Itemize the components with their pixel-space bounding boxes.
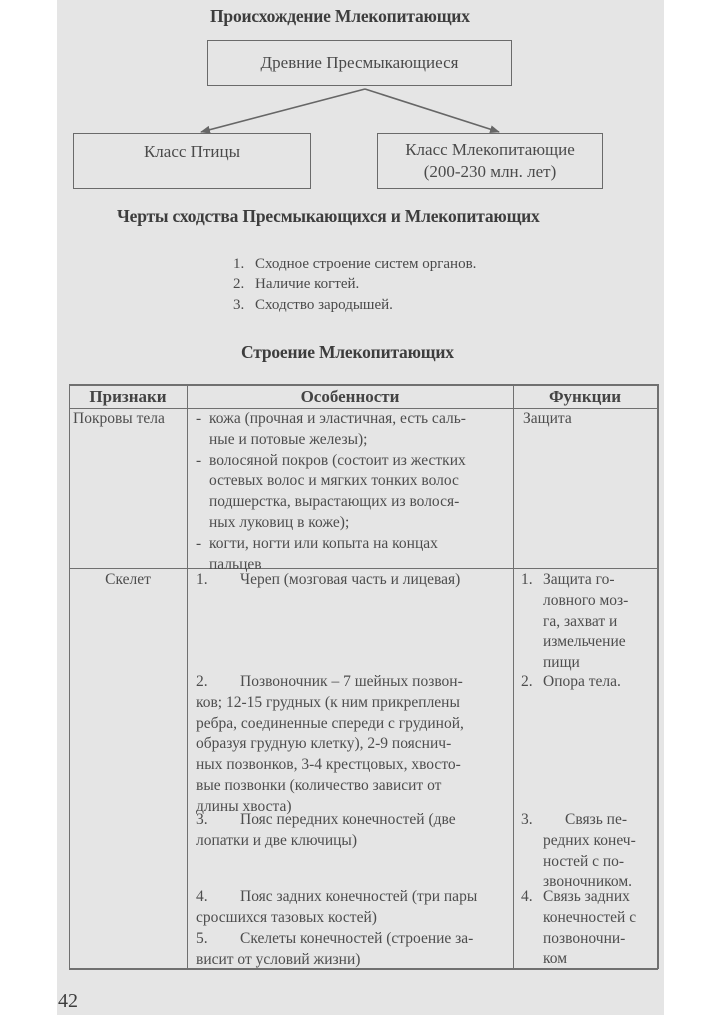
item-number: 5.: [196, 929, 240, 950]
node-class-mammals-label: Класс Млекопитающие (200-230 млн. лет): [405, 139, 575, 183]
details-cell: - кожа (прочная и эластичная, есть саль-…: [196, 409, 466, 575]
item-number: 1.: [196, 570, 240, 591]
details-line: - кожа (прочная и эластичная, есть саль-: [196, 409, 466, 430]
node-class-birds-label: Класс Птицы: [144, 141, 240, 163]
details-line: сросшихся тазовых костей): [196, 908, 477, 929]
arrow-to-birds: [201, 89, 365, 132]
function-line: 2.Опора тела.: [521, 672, 621, 693]
details-line: 1.Череп (мозговая часть и лицевая): [196, 570, 460, 591]
header-details: Особенности: [187, 386, 513, 408]
details-line: ребра, соединенные спереди с грудиной,: [196, 714, 464, 735]
item-number: 4.: [196, 887, 240, 908]
header-functions: Функции: [513, 386, 657, 408]
feature-cell: Скелет: [69, 570, 187, 591]
details-line: ных луковиц в коже);: [196, 513, 466, 534]
structure-title: Строение Млекопитающих: [241, 342, 454, 363]
details-item: 3.Пояс передних конечностей (двелопатки …: [196, 810, 456, 852]
function-cell: Защита: [523, 409, 572, 430]
node-class-birds: Класс Птицы: [73, 133, 311, 189]
details-line: 5.Скелеты конечностей (строение за-: [196, 929, 473, 950]
details-line: ных позвонков, 3-4 крестцовых, хвосто-: [196, 755, 464, 776]
details-line: вые позвонки (количество зависит от: [196, 776, 464, 797]
function-line: измельчение: [521, 632, 628, 653]
item-number: 3.: [521, 810, 565, 831]
function-line: 3.Связь пе-: [521, 810, 636, 831]
function-item: 3.Связь пе-редних конеч-ностей с по-звон…: [521, 810, 636, 893]
function-line: конечностей с: [521, 908, 636, 929]
details-line: - волосяной покров (состоит из жестких: [196, 451, 466, 472]
item-number: 2.: [233, 275, 255, 295]
details-line: подшерстка, вырастающих из волося-: [196, 492, 466, 513]
item-number: 1.: [233, 255, 255, 275]
item-number: 1.: [521, 570, 543, 591]
details-line: 3.Пояс передних конечностей (две: [196, 810, 456, 831]
function-item: 1.Защита го-ловного моз-га, захват иизме…: [521, 570, 628, 674]
function-line: 4.Связь задних: [521, 887, 636, 908]
details-line: 2.Позвоночник – 7 шейных позвон-: [196, 672, 464, 693]
details-item: 4.Пояс задних конечностей (три парысросш…: [196, 887, 477, 929]
table-border-right: [657, 384, 659, 969]
item-number: 2.: [521, 672, 543, 693]
details-line: образуя грудную клетку), 2-9 пояснич-: [196, 734, 464, 755]
item-number: 2.: [196, 672, 240, 693]
similarity-list: 1.Сходное строение систем органов. 2.Нал…: [233, 255, 476, 316]
details-item: 5.Скелеты конечностей (строение за-висит…: [196, 929, 473, 971]
function-line: пищи: [521, 653, 628, 674]
item-text: Наличие когтей.: [255, 276, 359, 292]
table-col-rule-2: [513, 384, 514, 969]
item-text: Сходство зародышей.: [255, 297, 393, 313]
function-item: 2.Опора тела.: [521, 672, 621, 693]
function-line: га, захват и: [521, 612, 628, 633]
details-line: остевых волос и мягких тонких волос: [196, 471, 466, 492]
function-line: ком: [521, 949, 636, 970]
table-col-rule-1: [187, 384, 188, 969]
details-line: ные и потовые железы);: [196, 430, 466, 451]
details-line: 4.Пояс задних конечностей (три пары: [196, 887, 477, 908]
item-text: Сходное строение систем органов.: [255, 256, 476, 272]
details-line: ков; 12-15 грудных (к ним прикреплены: [196, 693, 464, 714]
similarity-title: Черты сходства Пресмыкающихся и Млекопит…: [117, 206, 540, 227]
similarity-item: 3.Сходство зародышей.: [233, 296, 476, 316]
similarity-item: 2.Наличие когтей.: [233, 275, 476, 295]
header-features: Признаки: [69, 386, 187, 408]
node-class-mammals: Класс Млекопитающие (200-230 млн. лет): [377, 133, 603, 189]
table-border-left: [69, 384, 70, 969]
details-line: лопатки и две ключицы): [196, 831, 456, 852]
details-item: 2.Позвоночник – 7 шейных позвон-ков; 12-…: [196, 672, 464, 818]
item-number: 3.: [196, 810, 240, 831]
details-line: висит от условий жизни): [196, 950, 473, 971]
page-number: 42: [58, 990, 78, 1013]
feature-cell: Покровы тела: [73, 409, 165, 430]
details-item: 1.Череп (мозговая часть и лицевая): [196, 570, 460, 591]
function-line: редних конеч-: [521, 831, 636, 852]
details-line: - когти, ногти или копыта на концах: [196, 534, 466, 555]
arrow-to-mammals: [365, 89, 499, 132]
function-line: позвоночни-: [521, 929, 636, 950]
item-number: 3.: [233, 296, 255, 316]
function-line: ловного моз-: [521, 591, 628, 612]
function-line: 1.Защита го-: [521, 570, 628, 591]
function-line: ностей с по-: [521, 852, 636, 873]
function-item: 4.Связь заднихконечностей спозвоночни-ко…: [521, 887, 636, 970]
item-number: 4.: [521, 887, 543, 908]
similarity-item: 1.Сходное строение систем органов.: [233, 255, 476, 275]
